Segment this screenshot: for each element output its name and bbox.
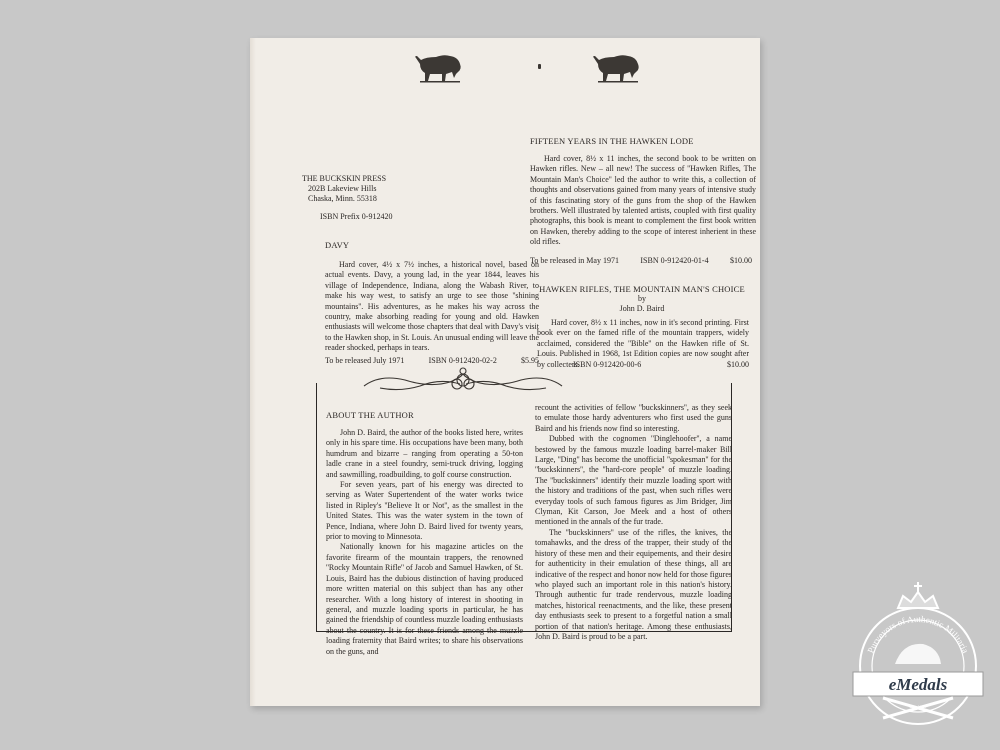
isbn: ISBN 0-912420-01-4 bbox=[640, 256, 708, 266]
release-date: To be released July 1971 bbox=[325, 356, 404, 366]
book-title-davy: DAVY bbox=[325, 240, 349, 250]
about-paragraph: John D. Baird, the author of the books l… bbox=[326, 428, 523, 480]
isbn-prefix: ISBN Prefix 0-912420 bbox=[302, 212, 452, 222]
about-paragraph: Dubbed with the cognomen ''Dinglehoofer'… bbox=[535, 434, 732, 528]
about-paragraph: The ''buckskinners'' use of the rifles, … bbox=[535, 528, 732, 642]
about-right-column: recount the activities of fellow ''bucks… bbox=[535, 403, 732, 642]
about-paragraph: Nationally known for his magazine articl… bbox=[326, 542, 523, 656]
isbn: ISBN 0-912420-02-2 bbox=[429, 356, 497, 366]
about-paragraph: recount the activities of fellow ''bucks… bbox=[535, 403, 732, 434]
book-description-davy: Hard cover, 4½ x 7½ inches, a historical… bbox=[325, 260, 539, 354]
about-heading: ABOUT THE AUTHOR bbox=[326, 410, 414, 420]
about-paragraph: For seven years, part of his energy was … bbox=[326, 480, 523, 542]
publisher-address-2: Chaska, Minn. 55318 bbox=[302, 194, 452, 204]
publisher-name: THE BUCKSKIN PRESS bbox=[302, 174, 452, 184]
book-footer-hawken-rifles: ISBN 0-912420-00-6 $10.00 bbox=[537, 360, 749, 370]
price: $10.00 bbox=[730, 256, 752, 266]
punch-mark bbox=[538, 64, 541, 69]
book-description-fifteen-years: Hard cover, 8½ x 11 inches, the second b… bbox=[530, 154, 756, 248]
svg-text:Est. 1997: Est. 1997 bbox=[910, 704, 928, 709]
publisher-info: THE BUCKSKIN PRESS 202B Lakeview Hills C… bbox=[302, 174, 452, 222]
publisher-address-1: 202B Lakeview Hills bbox=[302, 184, 452, 194]
book-back-cover: THE BUCKSKIN PRESS 202B Lakeview Hills C… bbox=[250, 38, 760, 706]
by-label: by bbox=[537, 294, 747, 304]
book-footer-fifteen-years: To be released in May 1971 ISBN 0-912420… bbox=[530, 256, 752, 266]
price: $10.00 bbox=[727, 360, 749, 370]
book-title: HAWKEN RIFLES, THE MOUNTAIN MAN'S CHOICE bbox=[537, 284, 747, 294]
release-date: To be released in May 1971 bbox=[530, 256, 619, 266]
book-title-hawken-rifles: HAWKEN RIFLES, THE MOUNTAIN MAN'S CHOICE… bbox=[537, 284, 747, 315]
bison-icon bbox=[590, 52, 646, 86]
svg-text:eMedals: eMedals bbox=[889, 675, 948, 694]
book-footer-davy: To be released July 1971 ISBN 0-912420-0… bbox=[325, 356, 539, 366]
book-title-fifteen-years: FIFTEEN YEARS IN THE HAWKEN LODE bbox=[530, 136, 694, 146]
emedals-watermark-logo: eMedals Est. 1997 Purveyors of Authentic… bbox=[843, 578, 993, 743]
book-author: John D. Baird bbox=[537, 304, 747, 314]
bison-icon bbox=[412, 52, 468, 86]
about-left-column: John D. Baird, the author of the books l… bbox=[326, 428, 523, 657]
